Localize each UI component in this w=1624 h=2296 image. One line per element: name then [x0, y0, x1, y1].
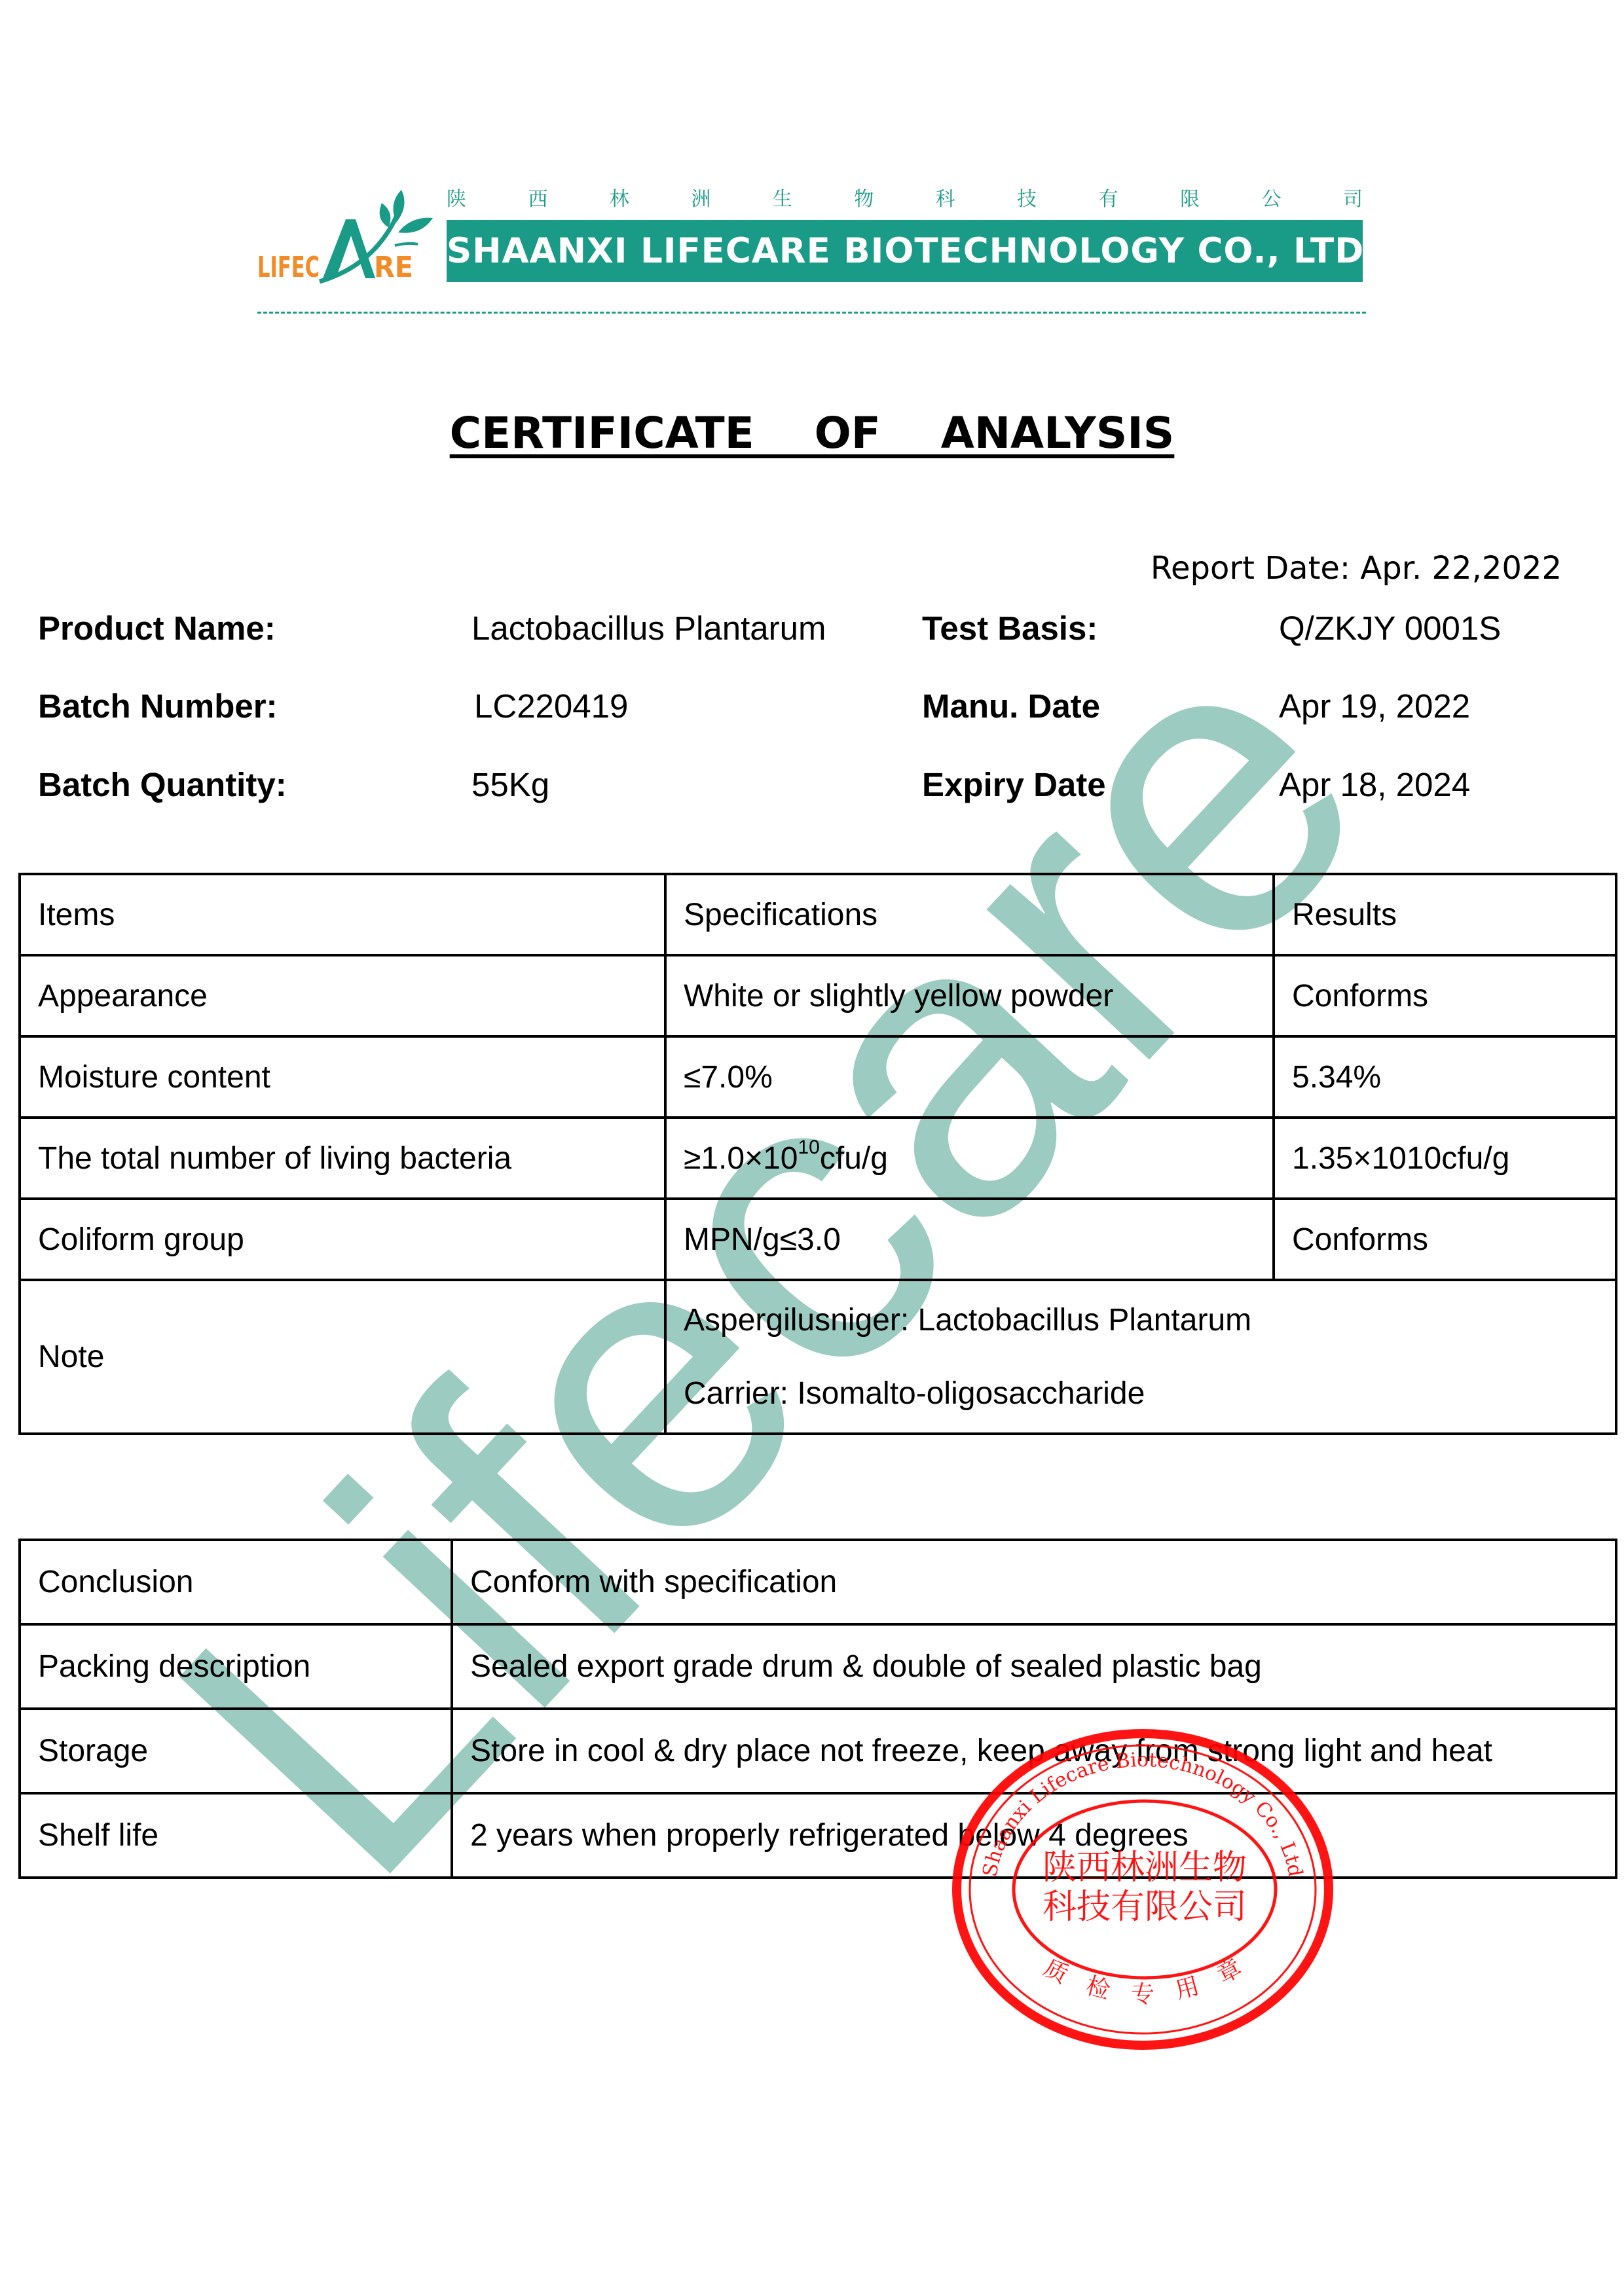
header-specifications: Specifications: [665, 874, 1274, 955]
spec-suffix: cfu/g: [820, 1141, 888, 1176]
spec-cell: ≤7.0%: [665, 1036, 1274, 1118]
note-label: Note: [20, 1280, 665, 1434]
page-title-text: CERTIFICATE OF ANALYSIS: [450, 408, 1175, 458]
expiry-date-label: Expiry Date: [922, 765, 1106, 805]
company-name-char: 有: [1099, 187, 1118, 213]
leaf-icon: [398, 218, 433, 233]
storage-label: Storage: [20, 1709, 452, 1793]
table-row: The total number of living bacteria ≥1.0…: [20, 1118, 1616, 1199]
report-date: Report Date: Apr. 22,2022: [1151, 549, 1562, 588]
item-cell: Moisture content: [20, 1036, 665, 1118]
batch-quantity-label: Batch Quantity:: [38, 765, 287, 805]
note-content: Aspergilusniger: Lactobacillus Plantarum…: [665, 1280, 1616, 1434]
company-name-chinese: 陕西林洲生物科技有限公司: [447, 187, 1363, 213]
expiry-date-value: Apr 18, 2024: [1279, 765, 1470, 805]
test-basis-value: Q/ZKJY 0001S: [1279, 609, 1501, 648]
leaf-icon: [380, 203, 391, 227]
conclusion-row: Conclusion Conform with specification: [20, 1540, 1616, 1624]
page-title: CERTIFICATE OF ANALYSIS: [0, 407, 1624, 460]
storage-row: Storage Store in cool & dry place not fr…: [20, 1709, 1616, 1793]
spec-cell: MPN/g≤3.0: [665, 1199, 1274, 1280]
result-cell: Conforms: [1274, 955, 1616, 1036]
company-name-char: 物: [854, 187, 874, 213]
packing-row: Packing description Sealed export grade …: [20, 1624, 1616, 1709]
conclusion-label: Conclusion: [20, 1540, 452, 1624]
conclusion-value: Conform with specification: [452, 1540, 1616, 1624]
header-items: Items: [20, 874, 665, 955]
company-name-char: 科: [936, 187, 955, 213]
spec-exponent: 10: [798, 1137, 820, 1158]
packing-label: Packing description: [20, 1624, 452, 1709]
leaf-icon: [394, 190, 405, 223]
shelf-life-label: Shelf life: [20, 1793, 452, 1878]
packing-value: Sealed export grade drum & double of sea…: [452, 1624, 1616, 1709]
logo-text-re: RE: [374, 251, 413, 284]
result-cell: Conforms: [1274, 1199, 1616, 1280]
company-name-char: 洲: [691, 187, 710, 213]
batch-number-label: Batch Number:: [38, 687, 278, 726]
company-name-char: 技: [1017, 187, 1037, 213]
product-name-label: Product Name:: [38, 609, 276, 648]
note-line: Aspergilusniger: Lactobacillus Plantarum: [684, 1284, 1615, 1357]
company-name-char: 司: [1343, 187, 1363, 213]
table-row: Moisture content ≤7.0% 5.34%: [20, 1036, 1616, 1118]
company-name-char: 西: [528, 187, 547, 213]
summary-table: Conclusion Conform with specification Pa…: [18, 1539, 1617, 1879]
analysis-table: Items Specifications Results Appearance …: [18, 873, 1617, 1435]
item-cell: Appearance: [20, 955, 665, 1036]
company-name-char: 林: [610, 187, 629, 213]
batch-number-value: LC220419: [474, 687, 628, 726]
batch-quantity-value: 55Kg: [471, 765, 549, 805]
result-cell: 1.35×1010cfu/g: [1274, 1118, 1616, 1199]
company-name-char: 公: [1262, 187, 1282, 213]
company-name-char: 限: [1180, 187, 1200, 213]
header-results: Results: [1274, 874, 1616, 955]
table-header-row: Items Specifications Results: [20, 874, 1616, 955]
item-cell: The total number of living bacteria: [20, 1118, 665, 1199]
note-row: Note Aspergilusniger: Lactobacillus Plan…: [20, 1280, 1616, 1434]
manu-date-label: Manu. Date: [922, 687, 1100, 726]
company-name-char: 生: [773, 187, 792, 213]
lifecare-logo: LIFEC RE: [257, 187, 434, 285]
note-line: Carrier: Isomalto-oligosaccharide: [684, 1357, 1615, 1430]
leaf-icon: [395, 244, 418, 246]
company-name-banner: SHAANXI LIFECARE BIOTECHNOLOGY CO., LTD: [447, 220, 1363, 282]
spec-prefix: ≥1.0×10: [684, 1141, 798, 1176]
shelf-life-value: 2 years when properly refrigerated below…: [452, 1793, 1616, 1878]
shelf-life-row: Shelf life 2 years when properly refrige…: [20, 1793, 1616, 1878]
test-basis-label: Test Basis:: [922, 609, 1098, 648]
company-name-char: 陕: [447, 187, 466, 213]
table-row: Coliform group MPN/g≤3.0 Conforms: [20, 1199, 1616, 1280]
logo-text-lifec: LIFEC: [257, 251, 320, 284]
manu-date-value: Apr 19, 2022: [1279, 687, 1470, 726]
product-name-value: Lactobacillus Plantarum: [471, 609, 826, 648]
spec-cell: ≥1.0×1010cfu/g: [665, 1118, 1274, 1199]
spec-cell: White or slightly yellow powder: [665, 955, 1274, 1036]
result-cell: 5.34%: [1274, 1036, 1616, 1118]
header-divider: [257, 312, 1366, 314]
storage-value: Store in cool & dry place not freeze, ke…: [452, 1709, 1616, 1793]
table-row: Appearance White or slightly yellow powd…: [20, 955, 1616, 1036]
item-cell: Coliform group: [20, 1199, 665, 1280]
